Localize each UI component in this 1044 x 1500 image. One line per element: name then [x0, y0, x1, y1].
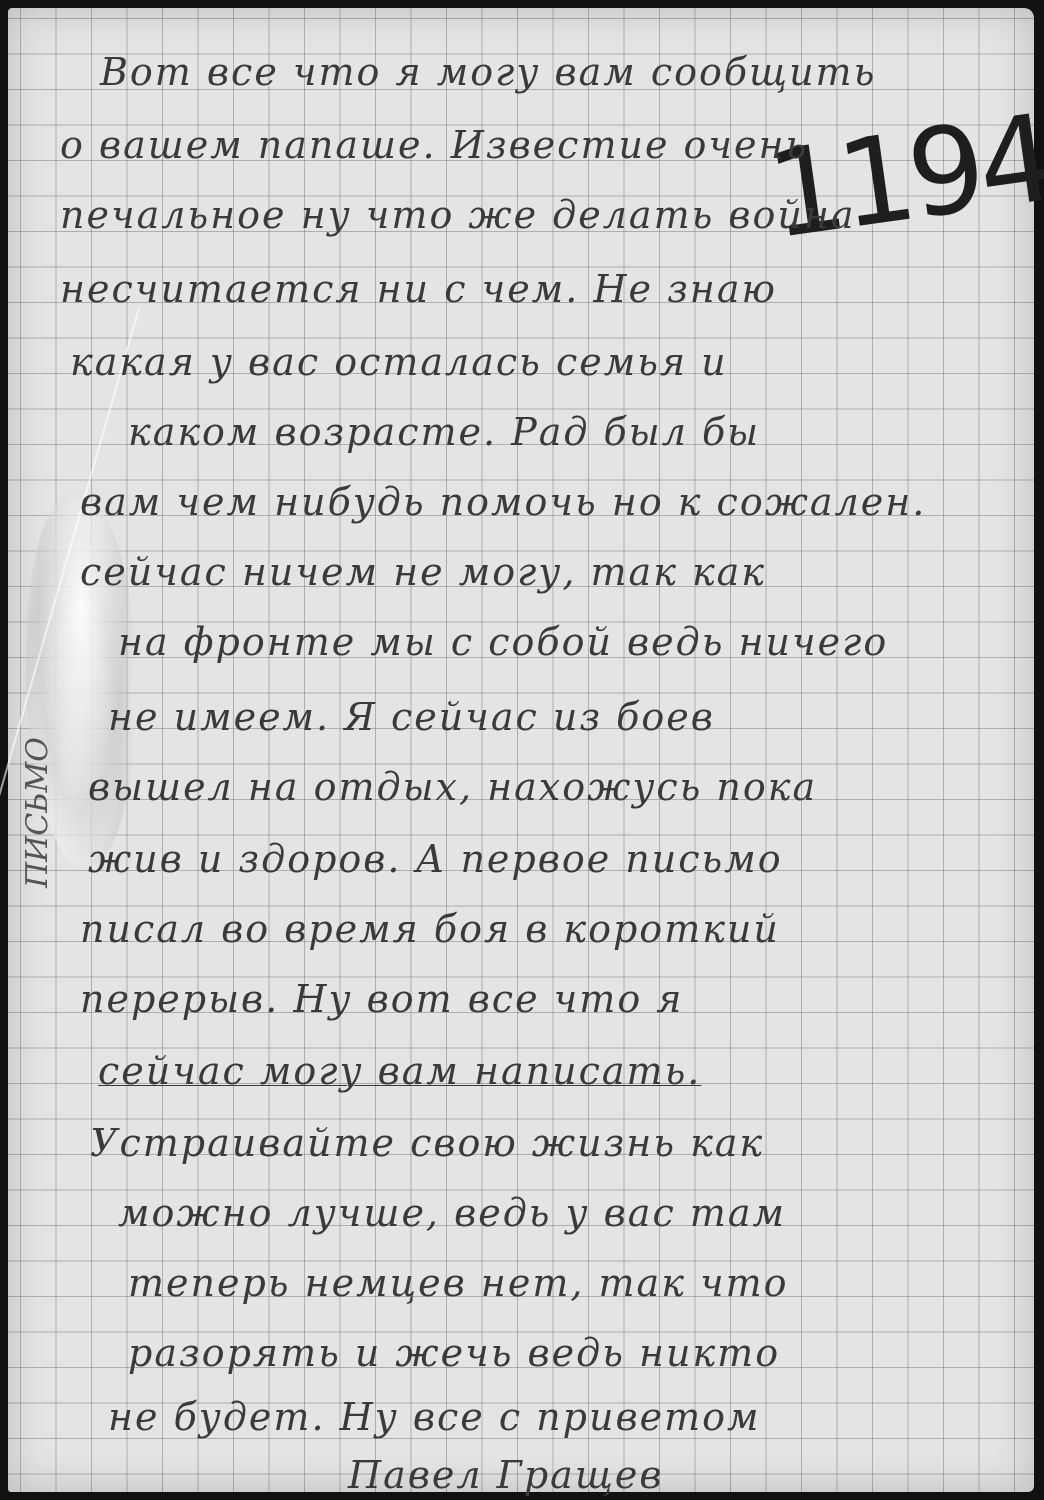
letter-line: печальное ну что же делать война: [60, 196, 856, 234]
letter-line: каком возрасте. Рад был бы: [128, 413, 760, 451]
letter-line: сейчас могу вам написать.: [98, 1052, 701, 1090]
letter-line: какая у вас осталась семья и: [70, 343, 728, 381]
letter-line: разорять и жечь ведь никто: [128, 1334, 780, 1372]
letter-line: несчитается ни с чем. Не знаю: [60, 270, 777, 308]
letter-paper: 1194А ПИСЬМО Вот все что я могу вам сооб…: [8, 8, 1034, 1492]
letter-line: писал во время боя в короткий: [80, 910, 780, 948]
letter-line: о вашем папаше. Известие очень: [60, 126, 808, 164]
letter-line: не имеем. Я сейчас из боев: [108, 698, 715, 736]
signature: Павел Гращев: [348, 1456, 663, 1494]
letter-line: вышел на отдых, нахожусь пока: [88, 768, 817, 806]
letter-line: перерыв. Ну вот все что я: [80, 980, 683, 1018]
letter-line: жив и здоров. А первое письмо: [88, 840, 783, 878]
archive-number-mark: 1194А: [760, 79, 1044, 266]
letter-line: Устраивайте свою жизнь как: [90, 1124, 764, 1162]
letter-line: на фронте мы с собой ведь ничего: [118, 623, 888, 661]
letter-line: Вот все что я могу вам сообщить: [100, 53, 876, 91]
letter-line: теперь немцев нет, так что: [128, 1264, 789, 1302]
letter-line: вам чем нибудь помочь но к сожален.: [80, 483, 926, 521]
margin-note: ПИСЬМО: [20, 737, 55, 888]
letter-line: не будет. Ну все с приветом: [108, 1398, 760, 1436]
letter-line: сейчас ничем не могу, так как: [80, 553, 766, 591]
letter-line: можно лучше, ведь у вас там: [118, 1194, 786, 1232]
